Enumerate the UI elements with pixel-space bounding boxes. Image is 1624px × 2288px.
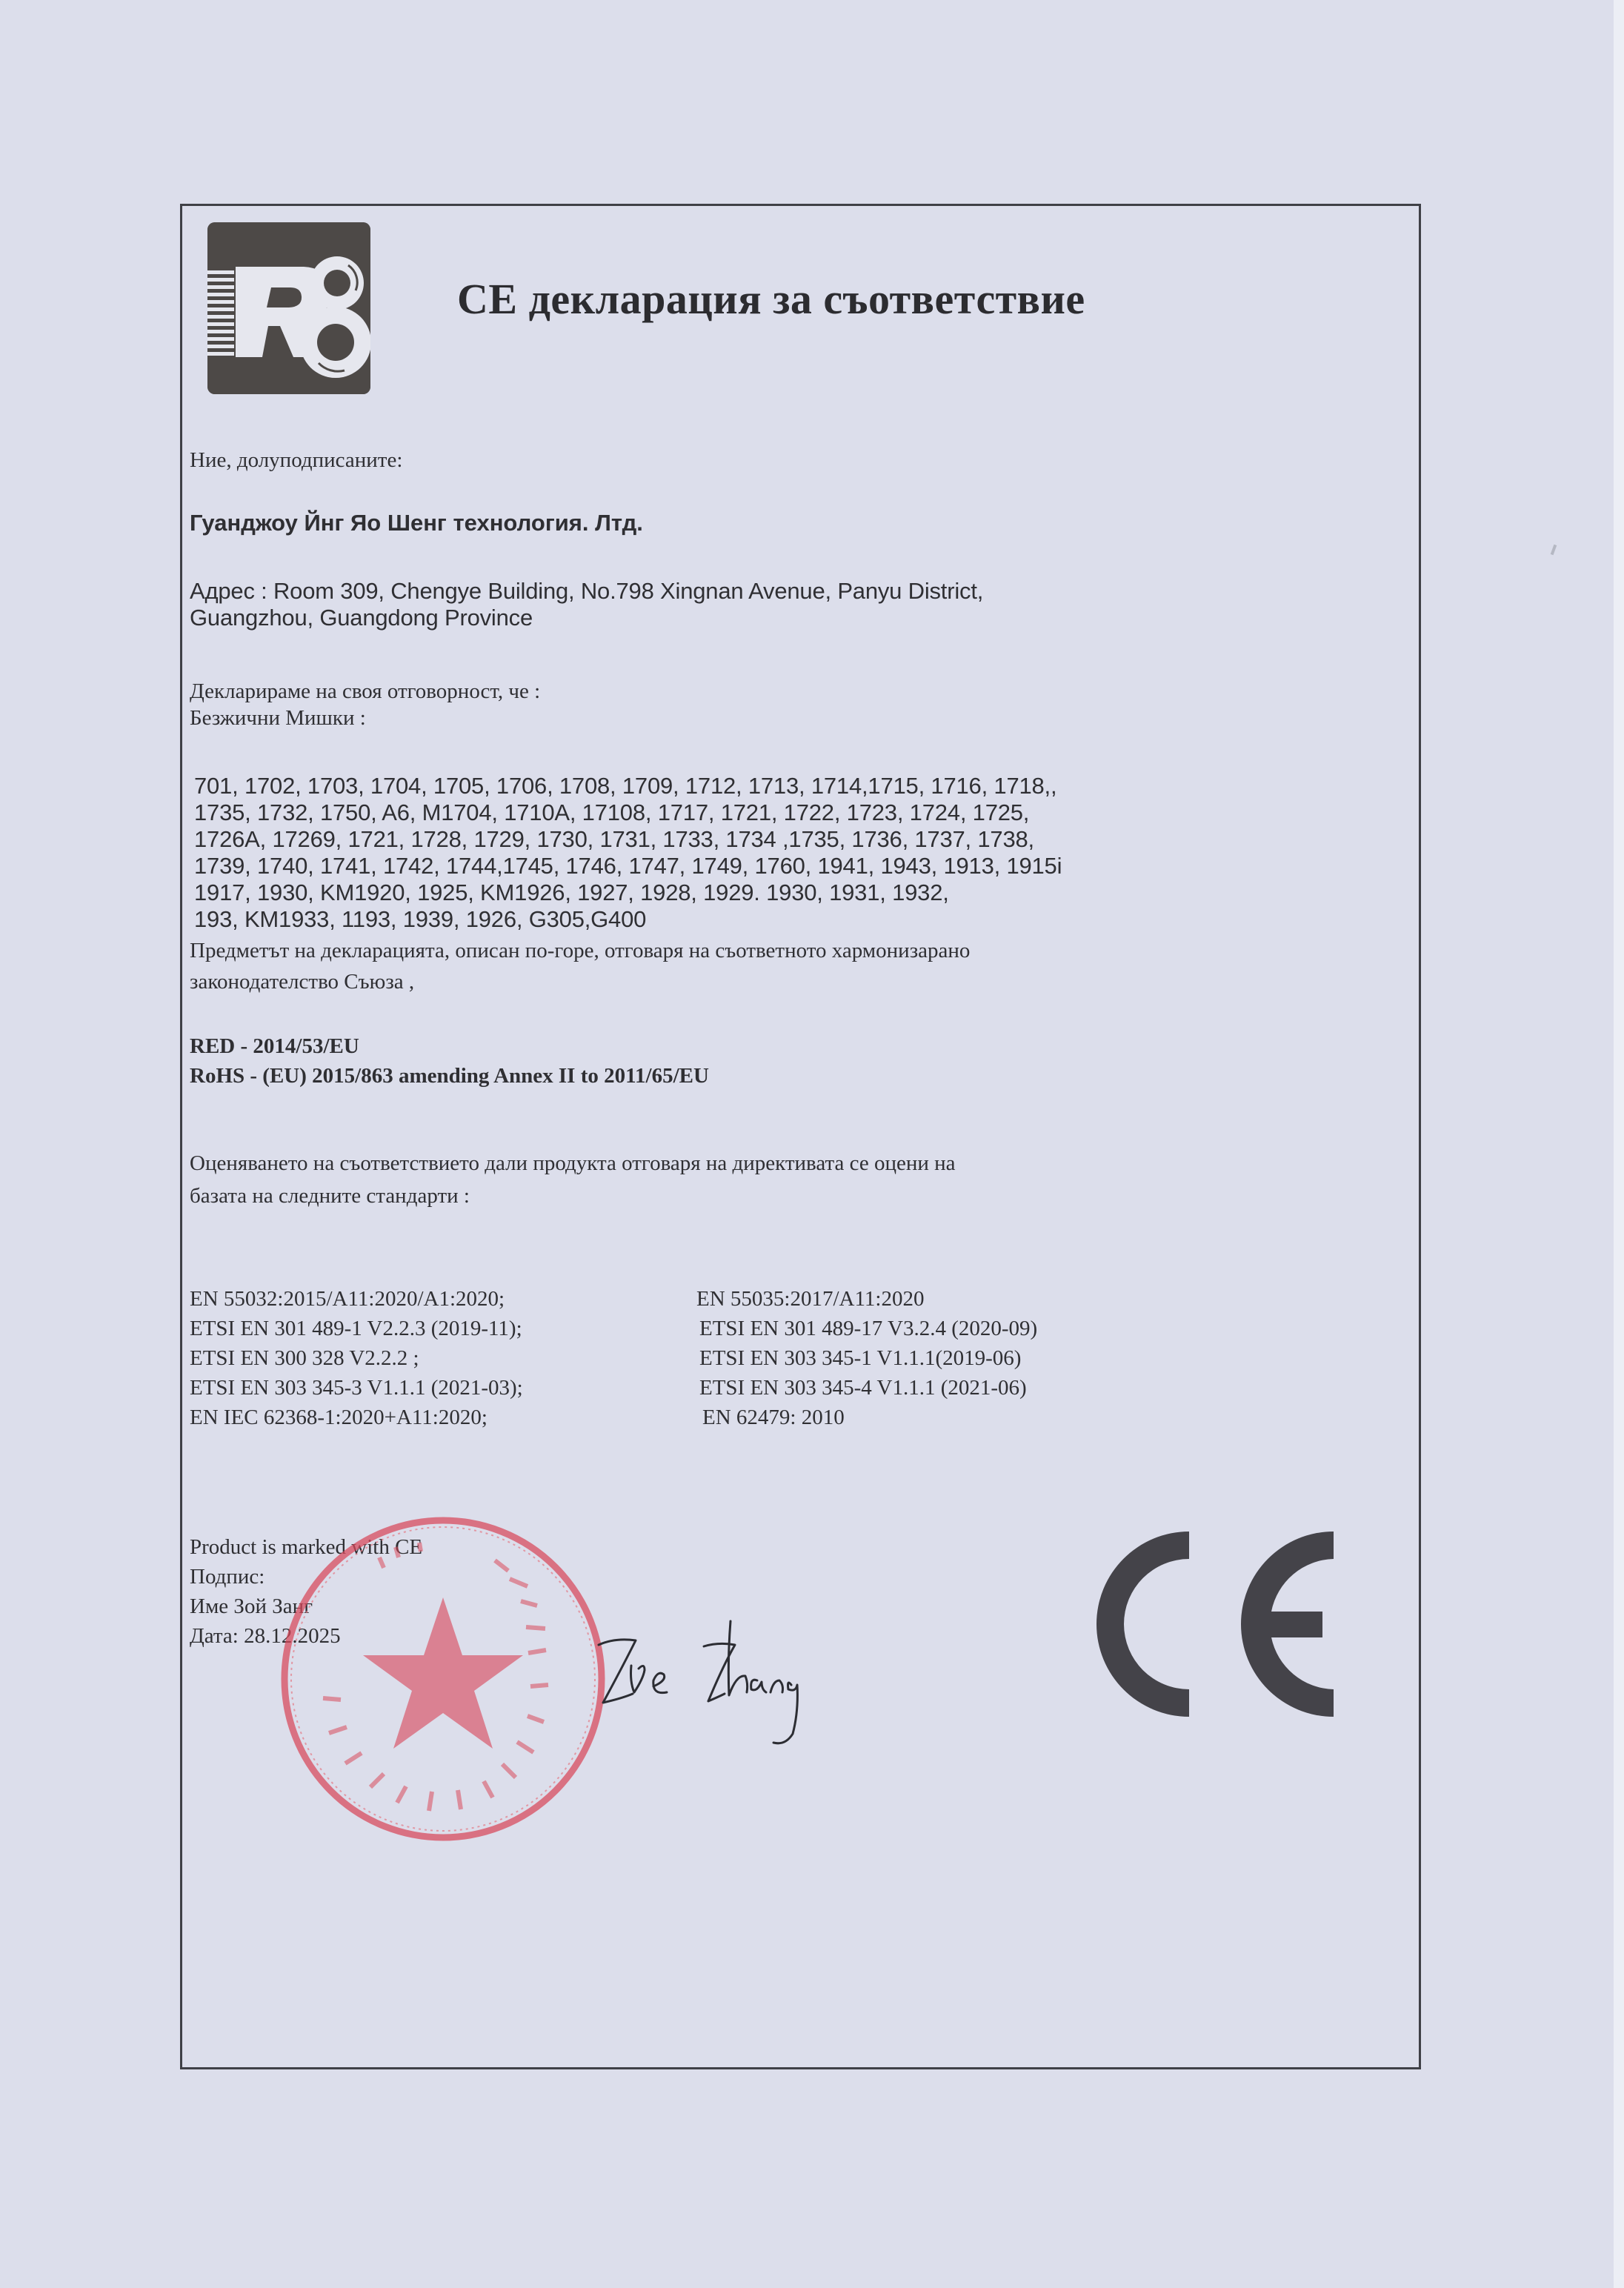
standard-item: ETSI EN 303 345-3 V1.1.1 (2021-03); <box>190 1373 523 1403</box>
product-model-line: 701, 1702, 1703, 1704, 1705, 1706, 1708,… <box>194 773 1062 799</box>
r8-logo-icon <box>207 222 370 394</box>
declaration-text: Декларираме на своя отговорност, че : Бе… <box>190 678 540 731</box>
assessment-statement: Оценяването на съответствието дали проду… <box>190 1147 956 1212</box>
ce-mark-icon <box>1067 1523 1341 1726</box>
subject-line: Предметът на декларацията, описан по-гор… <box>190 935 970 966</box>
address-line: Адрес : Room 309, Chengye Building, No.7… <box>190 578 983 605</box>
company-address: Адрес : Room 309, Chengye Building, No.7… <box>190 578 983 631</box>
company-seal-icon <box>273 1509 613 1849</box>
standard-item: ETSI EN 301 489-17 V3.2.4 (2020-09) <box>696 1314 1037 1343</box>
handwritten-signature <box>593 1615 874 1771</box>
product-model-line: 193, KM1933, 1193, 1939, 1926, G305,G400 <box>194 906 1062 933</box>
directives: RED - 2014/53/EU RoHS - (EU) 2015/863 am… <box>190 1031 709 1091</box>
product-model-list: 701, 1702, 1703, 1704, 1705, 1706, 1708,… <box>194 773 1062 933</box>
subject-line: законодателство Съюза , <box>190 966 970 997</box>
scan-speck <box>1551 545 1557 556</box>
standard-item: ETSI EN 303 345-4 V1.1.1 (2021-06) <box>696 1373 1037 1403</box>
standard-item: ETSI EN 300 328 V2.2.2 ; <box>190 1343 523 1373</box>
product-model-line: 1739, 1740, 1741, 1742, 1744,1745, 1746,… <box>194 853 1062 879</box>
product-model-line: 1726A, 17269, 1721, 1728, 1729, 1730, 17… <box>194 826 1062 853</box>
directive-red: RED - 2014/53/EU <box>190 1031 709 1061</box>
standard-item: EN 55032:2015/A11:2020/A1:2020; <box>190 1284 523 1314</box>
standard-item: EN 55035:2017/A11:2020 <box>696 1284 1037 1314</box>
scan-edge <box>1614 0 1624 2288</box>
standard-item: ETSI EN 301 489-1 V2.2.3 (2019-11); <box>190 1314 523 1343</box>
assessment-line: базата на следните стандарти : <box>190 1180 956 1212</box>
product-type: Безжични Мишки : <box>190 705 540 731</box>
intro-text: Ние, долуподписаните: <box>190 447 402 473</box>
standards-left-column: EN 55032:2015/A11:2020/A1:2020; ETSI EN … <box>190 1284 523 1432</box>
directive-rohs: RoHS - (EU) 2015/863 amending Annex II t… <box>190 1061 709 1091</box>
company-name: Гуанджоу Йнг Яо Шенг технология. Лтд. <box>190 510 643 536</box>
declaration-line: Декларираме на своя отговорност, че : <box>190 678 540 705</box>
standard-item: EN 62479: 2010 <box>696 1403 1037 1432</box>
product-model-line: 1917, 1930, KM1920, 1925, KM1926, 1927, … <box>194 879 1062 906</box>
standards-right-column: EN 55035:2017/A11:2020 ETSI EN 301 489-1… <box>696 1284 1037 1432</box>
standard-item: EN IEC 62368-1:2020+A11:2020; <box>190 1403 523 1432</box>
subject-statement: Предметът на декларацията, описан по-гор… <box>190 935 970 997</box>
company-logo <box>207 222 370 394</box>
assessment-line: Оценяването на съответствието дали проду… <box>190 1147 956 1180</box>
address-line: Guangzhou, Guangdong Province <box>190 605 983 631</box>
page-title: CE декларация за съответствие <box>457 274 1085 324</box>
standard-item: ETSI EN 303 345-1 V1.1.1(2019-06) <box>696 1343 1037 1373</box>
product-model-line: 1735, 1732, 1750, A6, M1704, 1710A, 1710… <box>194 799 1062 826</box>
